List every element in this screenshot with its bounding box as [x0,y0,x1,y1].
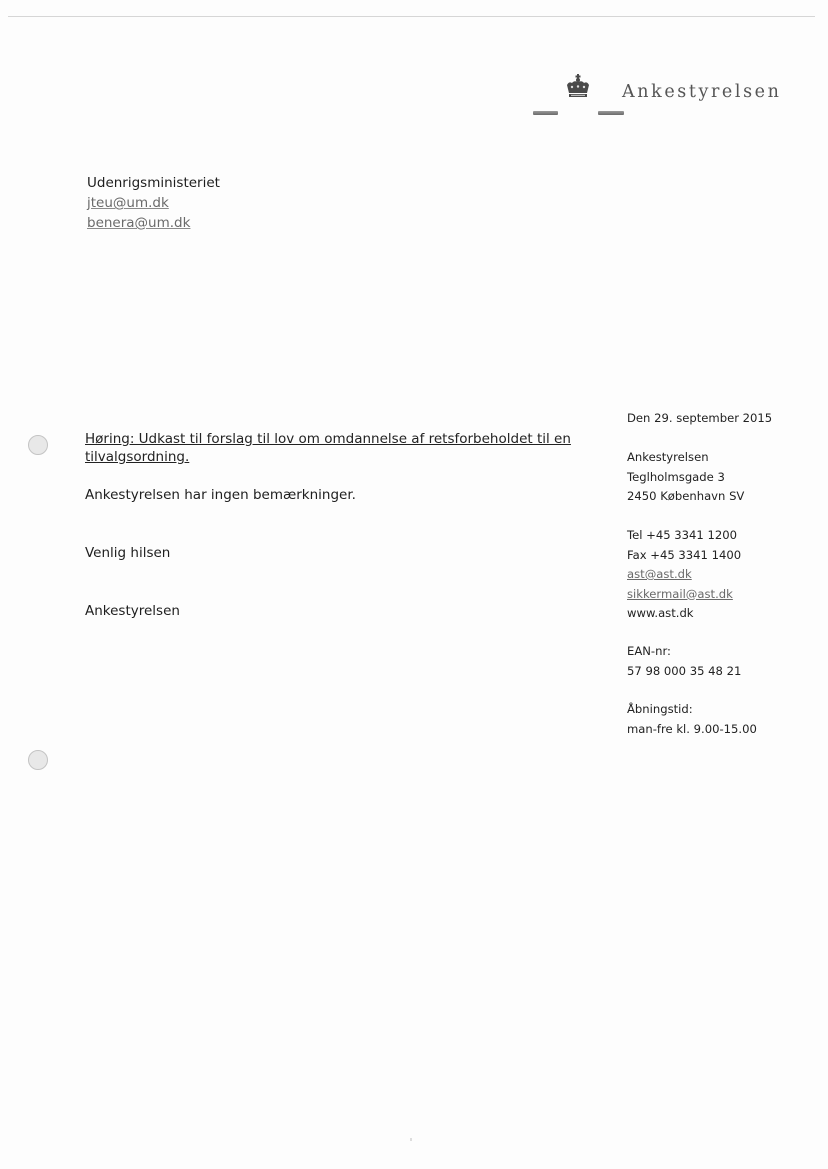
sender-street: Teglholmsgade 3 [627,468,744,488]
ean-label: EAN-nr: [627,642,741,662]
sender-city: 2450 København SV [627,487,744,507]
ean-block: EAN-nr: 57 98 000 35 48 21 [627,642,741,681]
opening-hours-block: Åbningstid: man-fre kl. 9.00-15.00 [627,700,757,739]
fax-number: Fax +45 3341 1400 [627,546,741,566]
subject-heading: Høring: Udkast til forslag til lov om om… [85,430,605,466]
crown-icon [565,74,591,100]
logo-decoration-bar [598,111,624,115]
sender-name: Ankestyrelsen [627,448,744,468]
punch-hole-mark [28,750,48,770]
opening-hours-value: man-fre kl. 9.00-15.00 [627,720,757,740]
date-text: Den 29. september 2015 [627,409,772,429]
organization-logo-text: Ankestyrelsen [622,82,782,102]
closing-greeting: Venlig hilsen [85,545,170,561]
body-remarks: Ankestyrelsen har ingen bemærkninger. [85,487,356,503]
recipient-email-link[interactable]: benera@um.dk [87,213,220,233]
opening-hours-label: Åbningstid: [627,700,757,720]
letter-date: Den 29. september 2015 [627,409,772,429]
sender-email-link[interactable]: ast@ast.dk [627,565,741,585]
scan-edge-line [8,16,815,17]
phone-number: Tel +45 3341 1200 [627,526,741,546]
punch-hole-mark [28,435,48,455]
scan-speck [410,1138,412,1141]
recipient-name: Udenrigsministeriet [87,173,220,193]
sender-contact: Tel +45 3341 1200 Fax +45 3341 1400 ast@… [627,526,741,624]
logo-decoration-bar [533,111,558,115]
website-text: www.ast.dk [627,604,741,624]
signature: Ankestyrelsen [85,603,180,619]
ean-value: 57 98 000 35 48 21 [627,662,741,682]
sender-address: Ankestyrelsen Teglholmsgade 3 2450 Køben… [627,448,744,507]
recipient-email-link[interactable]: jteu@um.dk [87,193,220,213]
recipient-block: Udenrigsministeriet jteu@um.dk benera@um… [87,173,220,233]
secure-email-link[interactable]: sikkermail@ast.dk [627,585,741,605]
